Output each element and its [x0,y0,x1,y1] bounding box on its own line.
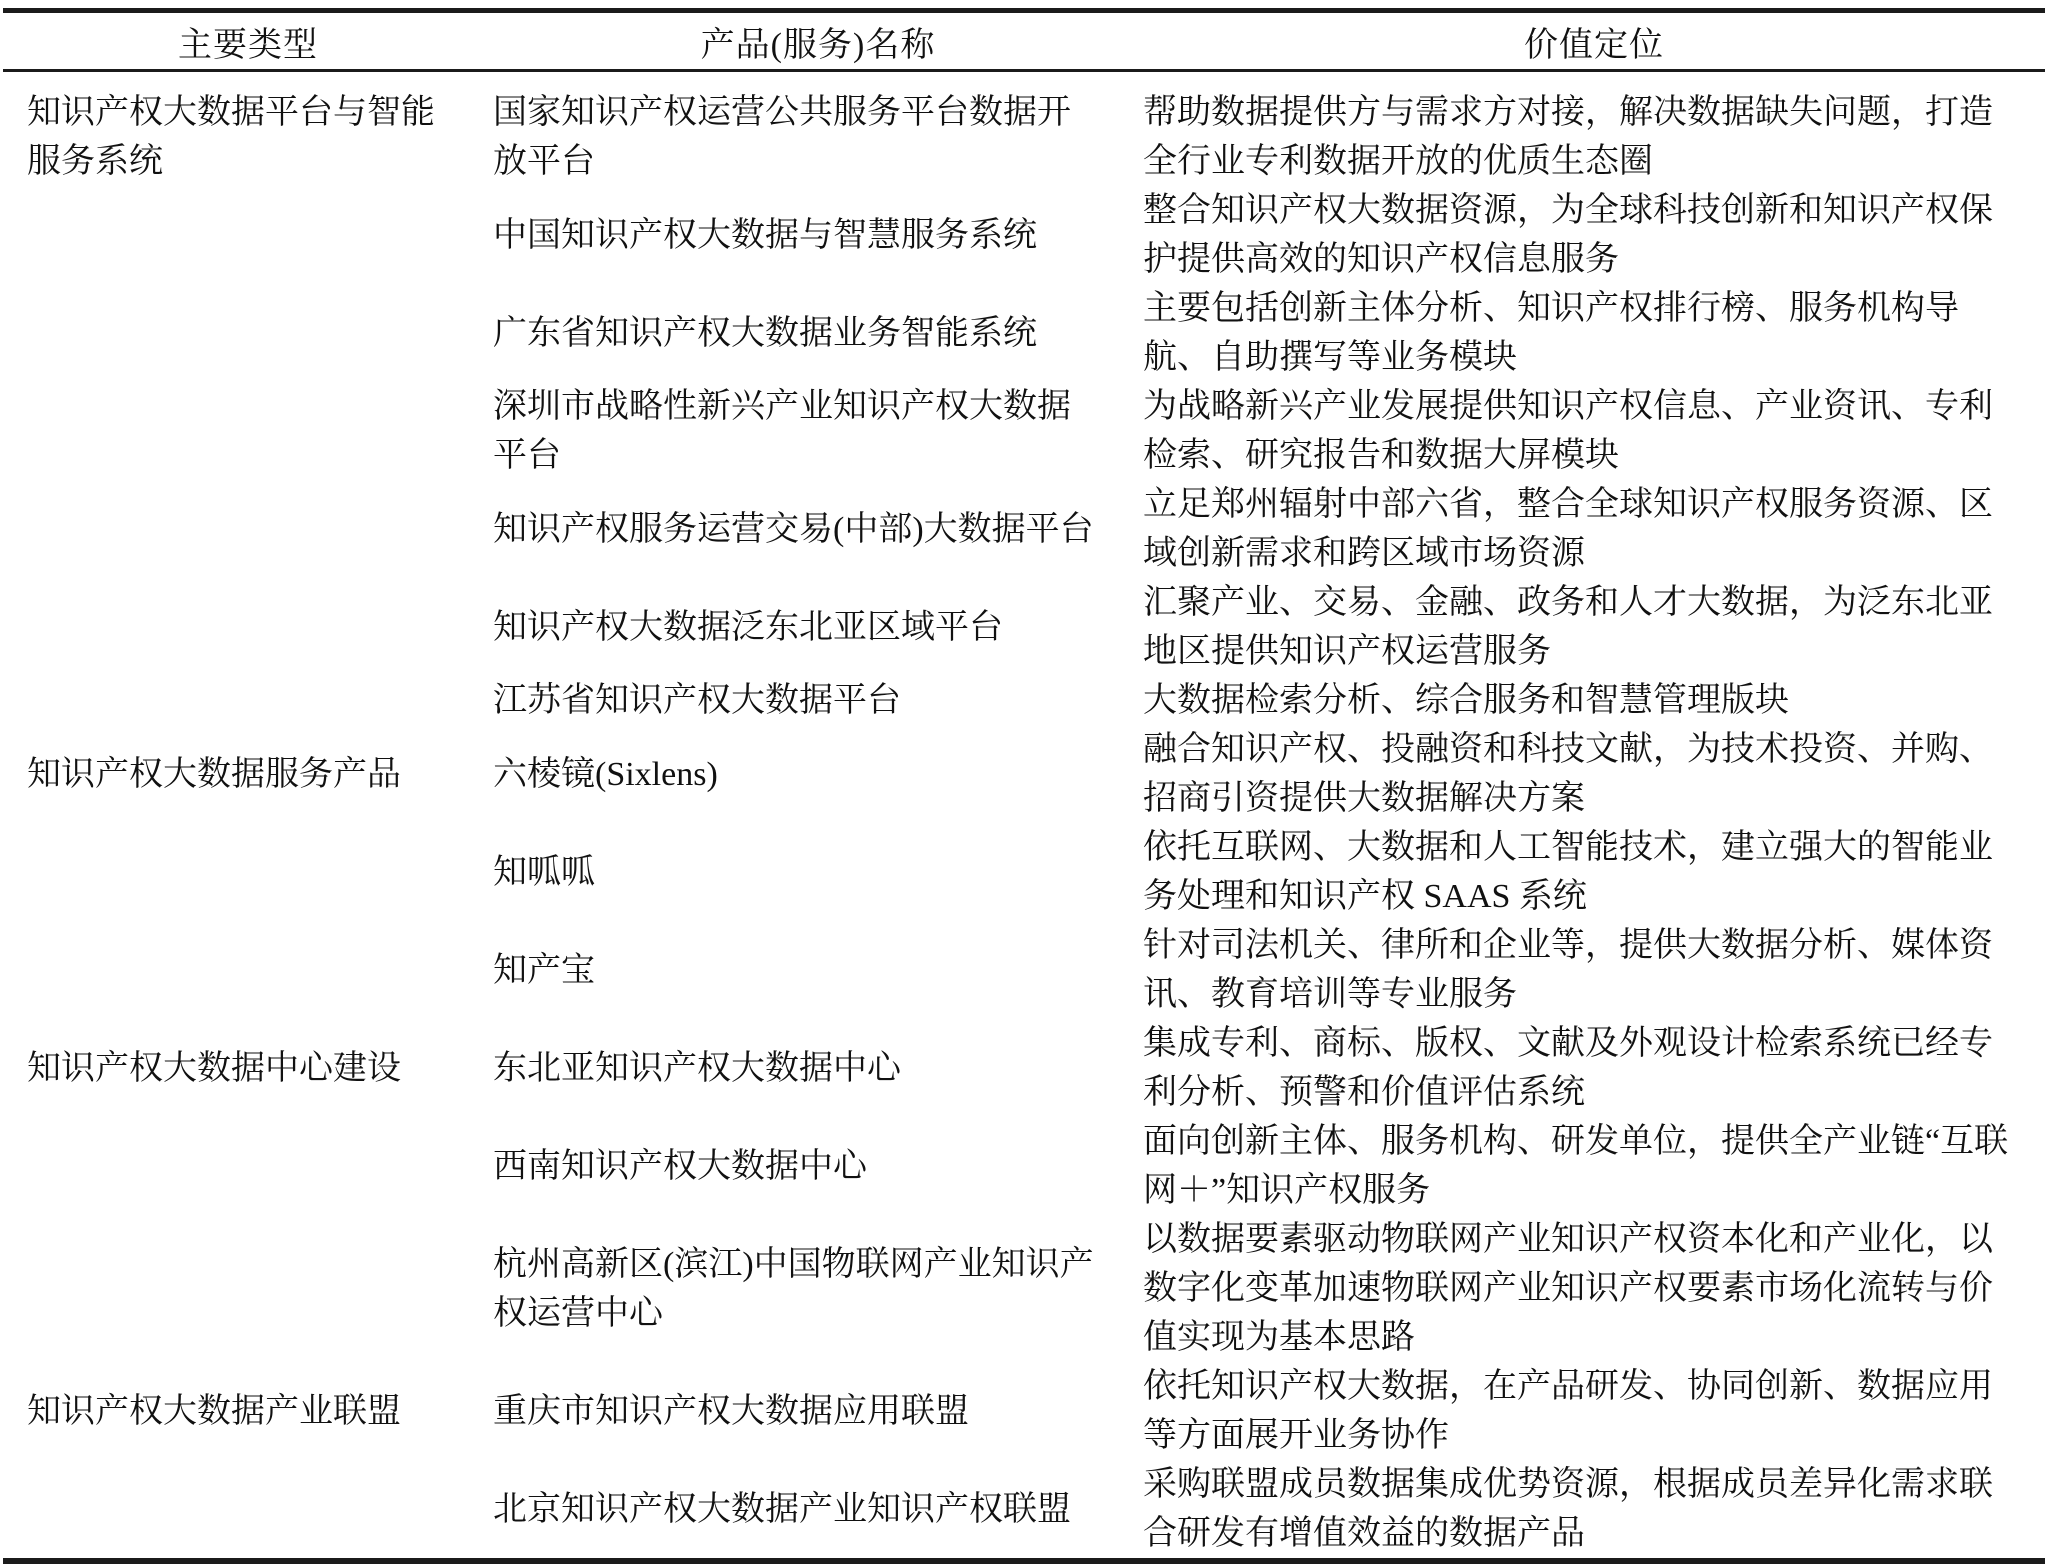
ip-bigdata-table-page: 主要类型 产品(服务)名称 价值定位 知识产权大数据平台与智能服务系统 国家知识… [0,0,2048,1568]
header-value-position: 价值定位 [1143,11,2045,71]
table-row: 知识产权大数据服务产品 六棱镜(Sixlens) 融合知识产权、投融资和科技文献… [3,725,2045,823]
value-cell: 针对司法机关、律所和企业等，提供大数据分析、媒体资讯、教育培训等专业服务 [1143,921,2045,1019]
category-cell: 知识产权大数据中心建设 [3,1019,493,1362]
product-cell: 深圳市战略性新兴产业知识产权大数据平台 [493,382,1143,480]
category-cell: 知识产权大数据产业联盟 [3,1362,493,1561]
value-cell: 以数据要素驱动物联网产业知识产权资本化和产业化，以数字化变革加速物联网产业知识产… [1143,1215,2045,1362]
value-cell: 大数据检索分析、综合服务和智慧管理版块 [1143,676,2045,725]
table-header-row: 主要类型 产品(服务)名称 价值定位 [3,11,2045,71]
category-cell: 知识产权大数据平台与智能服务系统 [3,71,493,726]
product-cell: 知呱呱 [493,823,1143,921]
value-cell: 依托知识产权大数据，在产品研发、协同创新、数据应用等方面展开业务协作 [1143,1362,2045,1460]
product-cell: 西南知识产权大数据中心 [493,1117,1143,1215]
category-cell: 知识产权大数据服务产品 [3,725,493,1019]
value-cell: 融合知识产权、投融资和科技文献，为技术投资、并购、招商引资提供大数据解决方案 [1143,725,2045,823]
product-cell: 东北亚知识产权大数据中心 [493,1019,1143,1117]
product-cell: 国家知识产权运营公共服务平台数据开放平台 [493,71,1143,187]
value-cell: 采购联盟成员数据集成优势资源，根据成员差异化需求联合研发有增值效益的数据产品 [1143,1460,2045,1561]
product-cell: 知产宝 [493,921,1143,1019]
value-cell: 为战略新兴产业发展提供知识产权信息、产业资讯、专利检索、研究报告和数据大屏模块 [1143,382,2045,480]
table-row: 知识产权大数据平台与智能服务系统 国家知识产权运营公共服务平台数据开放平台 帮助… [3,71,2045,187]
product-cell: 知识产权大数据泛东北亚区域平台 [493,578,1143,676]
value-cell: 整合知识产权大数据资源，为全球科技创新和知识产权保护提供高效的知识产权信息服务 [1143,186,2045,284]
value-cell: 集成专利、商标、版权、文献及外观设计检索系统已经专利分析、预警和价值评估系统 [1143,1019,2045,1117]
header-main-type: 主要类型 [3,11,493,71]
value-cell: 主要包括创新主体分析、知识产权排行榜、服务机构导航、自助撰写等业务模块 [1143,284,2045,382]
header-product-name: 产品(服务)名称 [493,11,1143,71]
product-cell: 中国知识产权大数据与智慧服务系统 [493,186,1143,284]
product-cell: 江苏省知识产权大数据平台 [493,676,1143,725]
value-cell: 依托互联网、大数据和人工智能技术，建立强大的智能业务处理和知识产权 SAAS 系… [1143,823,2045,921]
value-cell: 帮助数据提供方与需求方对接，解决数据缺失问题，打造全行业专利数据开放的优质生态圈 [1143,71,2045,187]
product-cell: 知识产权服务运营交易(中部)大数据平台 [493,480,1143,578]
product-cell: 北京知识产权大数据产业知识产权联盟 [493,1460,1143,1561]
product-cell: 杭州高新区(滨江)中国物联网产业知识产权运营中心 [493,1215,1143,1362]
product-cell: 重庆市知识产权大数据应用联盟 [493,1362,1143,1460]
value-cell: 立足郑州辐射中部六省，整合全球知识产权服务资源、区域创新需求和跨区域市场资源 [1143,480,2045,578]
table-row: 知识产权大数据中心建设 东北亚知识产权大数据中心 集成专利、商标、版权、文献及外… [3,1019,2045,1117]
value-cell: 面向创新主体、服务机构、研发单位，提供全产业链“互联网＋”知识产权服务 [1143,1117,2045,1215]
product-cell: 六棱镜(Sixlens) [493,725,1143,823]
value-cell: 汇聚产业、交易、金融、政务和人才大数据，为泛东北亚地区提供知识产权运营服务 [1143,578,2045,676]
product-cell: 广东省知识产权大数据业务智能系统 [493,284,1143,382]
table-row: 知识产权大数据产业联盟 重庆市知识产权大数据应用联盟 依托知识产权大数据，在产品… [3,1362,2045,1460]
ip-bigdata-table: 主要类型 产品(服务)名称 价值定位 知识产权大数据平台与智能服务系统 国家知识… [3,8,2045,1564]
